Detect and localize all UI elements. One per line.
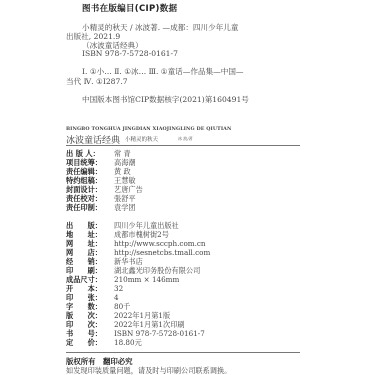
publication-row: 出 版：四川少年儿童出版社	[66, 221, 179, 230]
cip-line-record-number: 中国版本图书馆CIP数据核字(2021)第160491号	[82, 94, 249, 105]
separator-bottom	[66, 352, 300, 353]
staff-row: 责任编辑：黄 政	[66, 167, 131, 176]
staff-row: 责任印制：袁学团	[66, 203, 136, 212]
publication-row: 印 张：4	[66, 293, 119, 302]
publication-row: 网 店：http://sesnetcbs.tmall.com	[66, 248, 210, 257]
publication-row: 印 刷：湖北鑫光印务股份有限公司	[66, 266, 200, 275]
staff-row: 项目统筹：高海潮	[66, 158, 136, 167]
publication-row: 字 数：80千	[66, 302, 130, 311]
publication-row: 版 次：2022年1月第1版	[66, 311, 170, 320]
publication-row: 开 本：32	[66, 284, 123, 293]
publication-row: 印 次：2022年1月第1次印刷	[66, 320, 185, 329]
publication-row: 定 价：18.80元	[66, 338, 142, 347]
cip-line-isbn: ISBN 978-7-5728-0161-7	[82, 49, 178, 58]
series-book-title: 小精灵的秋天	[125, 135, 158, 143]
staff-row: 出 版 人：常 青	[66, 149, 131, 158]
staff-row: 特约组稿：王慧敏	[66, 176, 136, 185]
publication-row: 地 址：成都市槐树街2号	[66, 230, 169, 239]
publication-row: 成品尺寸：210mm × 146mm	[66, 275, 179, 284]
staff-row: 责任校对：張舒平	[66, 194, 136, 203]
publication-row: 书 号：ISBN 978-7-5728-0161-7	[66, 329, 205, 338]
quality-notice: 如发现印装质量问题，请及时与印刷公司联系调换。	[66, 366, 231, 375]
staff-row: 封面设计：艺唐广告	[66, 185, 143, 194]
publication-row: 经 销：新华书店	[66, 257, 143, 266]
publication-row: 网 址：http://www.sccph.com.cn	[66, 239, 206, 248]
cip-line-classification-cont: 当代 Ⅳ. ①I287.7	[66, 76, 128, 87]
cip-title: 图书在版编目(CIP)数据	[82, 2, 177, 14]
series-author: 冰 波/著	[178, 136, 193, 142]
series-pinyin: BINGBO TONGHUA JINGDIAN XIAOJINGLING DE …	[66, 126, 231, 132]
separator-top	[66, 145, 300, 146]
